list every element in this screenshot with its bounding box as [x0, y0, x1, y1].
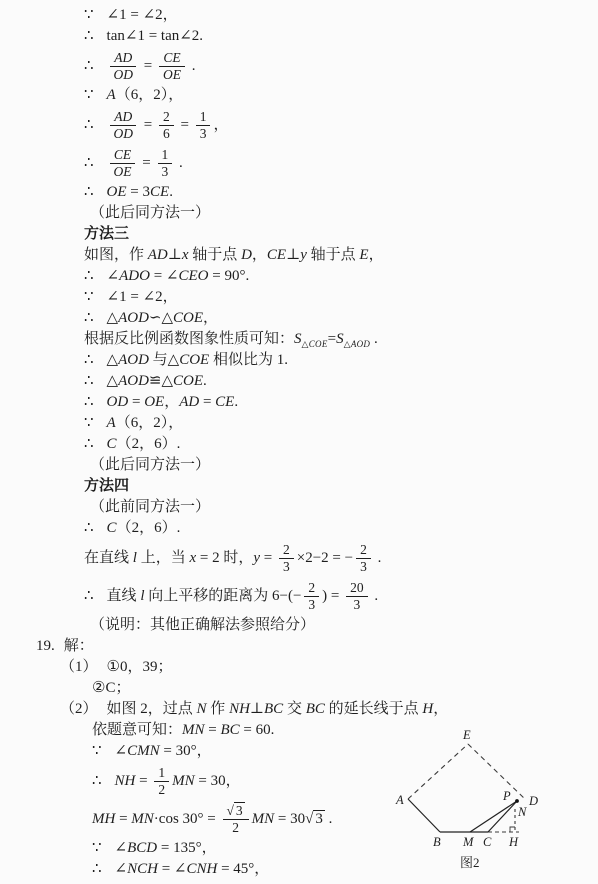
- text-run: COE: [173, 310, 203, 326]
- solution-line: ∴C（2，6）.: [0, 518, 598, 539]
- text-run: .: [175, 155, 183, 171]
- text-run: OE: [144, 394, 164, 410]
- text-run: AOD: [118, 352, 149, 368]
- text-run: CEO: [178, 268, 208, 284]
- solution-line: ②C；: [0, 678, 598, 699]
- solution-line: ∴CEOE = 13 .: [0, 144, 598, 182]
- text-run: 19.: [36, 636, 55, 657]
- text-run: 2: [163, 109, 170, 124]
- text-run: .: [371, 588, 379, 604]
- solution-line: ∴tan∠1 = tan∠2.: [0, 26, 598, 47]
- reasoning-symbol: ∴: [84, 106, 94, 144]
- reasoning-symbol: ∴: [92, 859, 102, 880]
- text-run: ∠: [115, 840, 128, 856]
- text-run: S: [294, 331, 302, 347]
- text-run: tan∠1 = tan∠2.: [107, 28, 204, 44]
- fraction: 13: [196, 109, 211, 142]
- solution-line: 19.解：: [0, 636, 598, 657]
- solution-line: （1）①0，39；: [0, 657, 598, 678]
- reasoning-symbol: ∵: [84, 287, 94, 308]
- text-run: = 60.: [240, 722, 275, 738]
- text-run: 3: [200, 126, 207, 141]
- solution-line: ∴C（2，6）.: [0, 434, 598, 455]
- text-run: .: [370, 331, 378, 347]
- reasoning-symbol: ∵: [92, 838, 102, 859]
- solution-line: ∴OE = 3CE.: [0, 182, 598, 203]
- text-run: 根据反比例函数图象性质可知：: [84, 331, 294, 347]
- text-run: ) =: [322, 588, 343, 604]
- radical: √3: [305, 810, 325, 827]
- text-run: 3: [162, 164, 169, 179]
- text-run: △: [107, 352, 119, 368]
- text-run: AOD: [118, 373, 149, 389]
- text-run: 与△: [149, 352, 179, 368]
- text-run: 如图 2，过点: [107, 701, 197, 717]
- reasoning-symbol: ∵: [84, 85, 94, 106]
- reasoning-symbol: ∵: [92, 741, 102, 762]
- text-run: =: [199, 394, 215, 410]
- text-run: =: [205, 722, 221, 738]
- text-run: =: [139, 155, 155, 171]
- solution-line: ∴ADOD = CEOE .: [0, 47, 598, 85]
- text-run: = 135°，: [157, 840, 216, 856]
- text-run: 直线: [107, 588, 141, 604]
- text-run: 2: [308, 580, 315, 595]
- text-run: COE: [179, 352, 209, 368]
- text-run: 3: [354, 597, 361, 612]
- text-run: 3: [283, 559, 290, 574]
- text-run: （2，6）.: [117, 520, 181, 536]
- text-run: 在直线: [84, 550, 133, 566]
- text-run: △: [107, 373, 119, 389]
- radical: √3: [227, 802, 245, 818]
- text-run: 6: [163, 126, 170, 141]
- reasoning-symbol: ∴: [84, 47, 94, 85]
- text-run: A: [107, 415, 116, 431]
- text-run: 轴于点: [307, 247, 360, 263]
- text-run: .: [188, 58, 196, 74]
- text-run: y: [300, 247, 307, 263]
- method-heading: 方法四: [84, 478, 129, 494]
- point-label-h: H: [508, 835, 519, 849]
- text-run: NH: [115, 773, 136, 789]
- text-run: =: [177, 117, 193, 133]
- text-run: 20: [350, 580, 364, 595]
- text-run: = 30: [274, 811, 305, 827]
- text-run: ，: [213, 117, 228, 133]
- text-run: = ∠: [150, 268, 179, 284]
- text-run: ∽△: [149, 310, 173, 326]
- text-run: （2，6）.: [117, 436, 181, 452]
- text-run: 1: [158, 765, 165, 780]
- text-run: MN: [252, 811, 275, 827]
- text-run: ·cos 30° =: [154, 811, 220, 827]
- solution-line: 根据反比例函数图象性质可知：S△COE=S△AOD .: [0, 329, 598, 350]
- text-run: =: [135, 773, 151, 789]
- text-run: CE: [163, 50, 180, 65]
- reasoning-symbol: ∴: [84, 182, 94, 203]
- fraction: 26: [159, 109, 174, 142]
- text-run: （此前同方法一）: [90, 499, 210, 515]
- text-run: 上，当: [137, 550, 190, 566]
- solution-line: 在直线 l 上，当 x = 2 时，y = 23×2−2 = −23 .: [0, 539, 598, 577]
- solution-line: ∵A（6，2），: [0, 85, 598, 106]
- reasoning-symbol: ∴: [84, 577, 94, 615]
- text-run: CE: [150, 184, 169, 200]
- text-run: ∠1 = ∠2，: [107, 289, 178, 305]
- reasoning-symbol: ∴: [84, 308, 94, 329]
- solution-line: （此后同方法一）: [0, 203, 598, 224]
- text-run: ∠: [115, 861, 128, 877]
- text-run: OD: [107, 394, 129, 410]
- point-label-n: N: [517, 805, 527, 819]
- text-run: （6，2），: [116, 87, 184, 103]
- text-run: 轴于点: [189, 247, 242, 263]
- text-run: 2: [232, 820, 239, 835]
- text-run: N: [197, 701, 207, 717]
- text-run: CE: [114, 147, 131, 162]
- text-run: △: [107, 310, 119, 326]
- text-run: MN: [182, 722, 205, 738]
- reasoning-symbol: ∴: [84, 434, 94, 455]
- text-run: CNH: [187, 861, 218, 877]
- text-run: ∠: [107, 268, 120, 284]
- text-run: x: [182, 247, 189, 263]
- text-run: .: [203, 373, 207, 389]
- text-run: AD: [114, 50, 132, 65]
- text-run: 3: [308, 597, 315, 612]
- text-run: 2: [360, 542, 367, 557]
- fraction: 12: [154, 765, 169, 798]
- text-run: = 2 时，: [196, 550, 253, 566]
- segment-AB: [408, 799, 440, 832]
- figure-caption: 图2: [460, 855, 480, 870]
- subscript: △COE: [302, 339, 328, 349]
- text-run: ⊥: [250, 701, 264, 717]
- text-run: =: [140, 117, 156, 133]
- text-run: BC: [306, 701, 325, 717]
- text-run: ∠1 = ∠2，: [107, 7, 178, 23]
- text-run: CE: [267, 247, 286, 263]
- point-label-m: M: [462, 835, 474, 849]
- text-run: 向上平移的距离为: [144, 588, 272, 604]
- text-run: .: [374, 550, 382, 566]
- text-run: AD: [148, 247, 168, 263]
- reasoning-symbol: ∴: [92, 762, 102, 800]
- text-run: = 30°，: [160, 743, 212, 759]
- text-run: C: [107, 520, 117, 536]
- point-label-d: D: [528, 794, 538, 808]
- solution-line: （说明：其他正确解法参照给分）: [0, 615, 598, 636]
- fraction: CEOE: [110, 147, 136, 180]
- point-label-p: P: [502, 789, 511, 803]
- page: { "figure": { "caption": "图2", "labels":…: [0, 0, 598, 884]
- text-run: （此后同方法一）: [90, 457, 210, 473]
- solution-line: ∵∠1 = ∠2，: [0, 287, 598, 308]
- solution-line: ∴ADOD = 26 = 13，: [0, 106, 598, 144]
- subscript: △AOD: [344, 339, 371, 349]
- solution-line: ∵∠1 = ∠2，: [0, 5, 598, 26]
- text-run: CE: [215, 394, 234, 410]
- solution-line: （此后同方法一）: [0, 455, 598, 476]
- text-run: 1: [162, 147, 169, 162]
- text-run: .: [325, 811, 333, 827]
- figure-2: A B M C H D E P N 图2: [388, 715, 598, 883]
- text-run: 解：: [64, 638, 94, 654]
- text-run: OD: [114, 67, 134, 82]
- text-run: OE: [163, 67, 181, 82]
- figure-2-diagram: A B M C H D E P N 图2: [388, 715, 598, 883]
- solution-line: ∴∠ADO = ∠CEO = 90°.: [0, 266, 598, 287]
- solution-line: ∴△AOD 与△COE 相似比为 1.: [0, 350, 598, 371]
- text-run: ，: [203, 310, 218, 326]
- text-run: AD: [114, 109, 132, 124]
- text-run: =: [128, 394, 144, 410]
- text-run: D: [241, 247, 252, 263]
- text-run: =: [328, 331, 336, 347]
- reasoning-symbol: ∴: [84, 350, 94, 371]
- text-run: E: [359, 247, 368, 263]
- text-run: OE: [107, 184, 127, 200]
- text-run: ≌△: [149, 373, 173, 389]
- text-run: = 45°，: [217, 861, 269, 877]
- text-run: AOD: [118, 310, 149, 326]
- solution-line: ∴直线 l 向上平移的距离为 6−(−23) = 203 .: [0, 577, 598, 615]
- text-run: MN: [172, 773, 195, 789]
- segment-AE-dashed: [408, 744, 468, 799]
- text-run: =: [140, 58, 156, 74]
- text-run: = 90°.: [208, 268, 249, 284]
- text-run: = ∠: [158, 861, 187, 877]
- solution-line: 如图，作 AD⊥x 轴于点 D，CE⊥y 轴于点 E，: [0, 245, 598, 266]
- reasoning-symbol: ∴: [84, 26, 94, 47]
- point-label-a: A: [395, 793, 404, 807]
- text-run: 作: [207, 701, 230, 717]
- text-run: 3: [360, 559, 367, 574]
- reasoning-symbol: ∴: [84, 392, 94, 413]
- text-run: ②C；: [92, 680, 130, 696]
- point-label-b: B: [433, 835, 441, 849]
- text-run: ①0，39；: [107, 659, 173, 675]
- text-run: COE: [173, 373, 203, 389]
- fraction: CEOE: [159, 50, 185, 83]
- text-run: 依题意可知：: [92, 722, 182, 738]
- text-run: ADO: [119, 268, 150, 284]
- text-run: ∠: [115, 743, 128, 759]
- solution-line: ∵A（6，2），: [0, 413, 598, 434]
- text-run: ，: [252, 247, 267, 263]
- solution-line: 方法三: [0, 224, 598, 245]
- text-run: MH: [92, 811, 115, 827]
- fraction: 23: [304, 580, 319, 613]
- fraction: 13: [158, 147, 173, 180]
- text-run: OD: [114, 126, 134, 141]
- fraction: ADOD: [110, 109, 138, 142]
- solution-line: （此前同方法一）: [0, 497, 598, 518]
- text-run: ，: [164, 394, 179, 410]
- reasoning-symbol: ∴: [84, 518, 94, 539]
- text-run: （此后同方法一）: [90, 205, 210, 221]
- text-run: = 3: [127, 184, 150, 200]
- solution-line: ∴△AOD∽△COE，: [0, 308, 598, 329]
- text-run: 6−(−: [272, 588, 301, 604]
- text-run: ，: [369, 247, 384, 263]
- fraction: 23: [279, 542, 294, 575]
- fraction: ADOD: [110, 50, 138, 83]
- text-run: NH: [229, 701, 250, 717]
- reasoning-symbol: ∴: [84, 266, 94, 287]
- text-run: y: [253, 550, 260, 566]
- text-run: =: [260, 550, 276, 566]
- text-run: 交: [283, 701, 306, 717]
- right-angle-mark: [510, 827, 515, 832]
- point-label-e: E: [462, 728, 471, 742]
- text-run: S: [336, 331, 344, 347]
- reasoning-symbol: ∵: [84, 413, 94, 434]
- text-run: 1: [200, 109, 207, 124]
- text-run: .: [169, 184, 173, 200]
- text-run: C: [107, 436, 117, 452]
- text-run: BC: [264, 701, 283, 717]
- solution-line: ∴OD = OE，AD = CE.: [0, 392, 598, 413]
- text-run: = 30，: [195, 773, 241, 789]
- reasoning-symbol: ∵: [84, 5, 94, 26]
- text-run: .: [234, 394, 238, 410]
- solution-line: 方法四: [0, 476, 598, 497]
- reasoning-symbol: ∴: [84, 144, 94, 182]
- text-run: ⊥: [168, 247, 182, 263]
- fraction: 23: [356, 542, 371, 575]
- text-run: 2: [283, 542, 290, 557]
- text-run: （1）: [60, 657, 98, 678]
- text-run: A: [107, 87, 116, 103]
- text-run: OE: [114, 164, 132, 179]
- solution-line: ∴△AOD≌△COE.: [0, 371, 598, 392]
- text-run: 相似比为 1.: [209, 352, 288, 368]
- text-run: MN: [131, 811, 154, 827]
- text-run: =: [115, 811, 131, 827]
- text-run: NCH: [127, 861, 158, 877]
- fraction: √32: [223, 803, 249, 836]
- text-run: 2: [158, 782, 165, 797]
- fraction: 203: [346, 580, 368, 613]
- text-run: ⊥: [286, 247, 300, 263]
- text-run: CMN: [127, 743, 160, 759]
- point-P-dot: [515, 799, 519, 803]
- segment-ED-dashed: [468, 744, 526, 800]
- text-run: （说明：其他正确解法参照给分）: [90, 617, 315, 633]
- text-run: BC: [220, 722, 239, 738]
- text-run: BCD: [127, 840, 157, 856]
- reasoning-symbol: ∴: [84, 371, 94, 392]
- text-run: 如图，作: [84, 247, 148, 263]
- text-run: （2）: [60, 699, 98, 720]
- method-heading: 方法三: [84, 226, 129, 242]
- text-run: （6，2），: [116, 415, 184, 431]
- text-run: AD: [179, 394, 199, 410]
- text-run: ×2−2 = −: [297, 550, 353, 566]
- point-label-c: C: [483, 835, 492, 849]
